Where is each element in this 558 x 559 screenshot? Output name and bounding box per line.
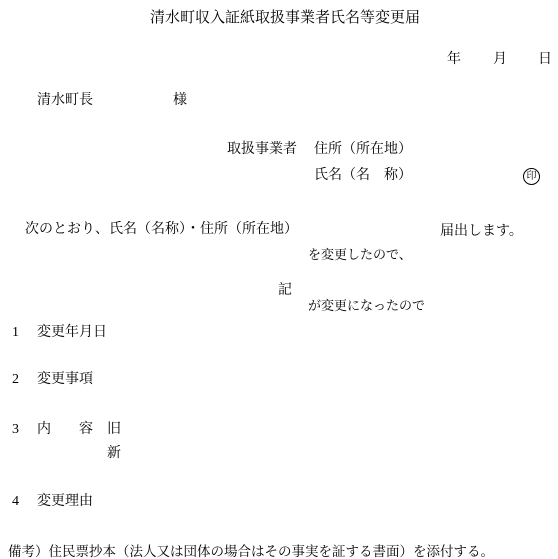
seal-mark-character: 印: [527, 172, 537, 182]
item-4-label: 変更理由: [37, 494, 93, 510]
addressee-honorific: 様: [173, 93, 187, 109]
statement-case-became: が変更になったので: [308, 297, 425, 314]
date-month-label: 月: [493, 52, 507, 68]
applicant-role-label: 取扱事業者: [227, 142, 297, 158]
item-3-old-label: 旧: [107, 422, 121, 438]
record-heading: 記: [12, 279, 558, 299]
note: 備考）住民票抄本（法人又は団体の場合はその事実を証する書面）を添付する。: [8, 540, 494, 559]
item-2-number: 2: [12, 372, 19, 388]
date-year-label: 年: [447, 52, 461, 68]
seal-mark-icon: 印: [523, 168, 540, 185]
applicant-address-label: 住所（所在地）: [314, 142, 412, 158]
item-3-number: 3: [12, 422, 19, 438]
item-4-number: 4: [12, 494, 19, 510]
statement-case-changed: を変更したので、: [308, 246, 425, 263]
addressee-title: 清水町長: [37, 93, 93, 109]
date-day-label: 日: [538, 52, 552, 68]
applicant-name-label: 氏名（名 称）: [314, 168, 412, 184]
item-1-label: 変更年月日: [37, 325, 107, 341]
item-1-number: 1: [12, 325, 19, 341]
item-3-new-label: 新: [107, 446, 121, 462]
statement-tail: 届出します。: [440, 224, 523, 240]
form-title: 清水町収入証紙取扱事業者氏名等変更届: [12, 6, 558, 27]
item-3-label: 内 容: [37, 422, 93, 438]
statement-lead: 次のとおり、氏名（名称）・住所（所在地）: [25, 222, 298, 238]
change-notification-form: 清水町収入証紙取扱事業者氏名等変更届 年 月 日 清水町長 様 取扱事業者 住所…: [0, 0, 558, 559]
item-2-label: 変更事項: [37, 372, 93, 388]
